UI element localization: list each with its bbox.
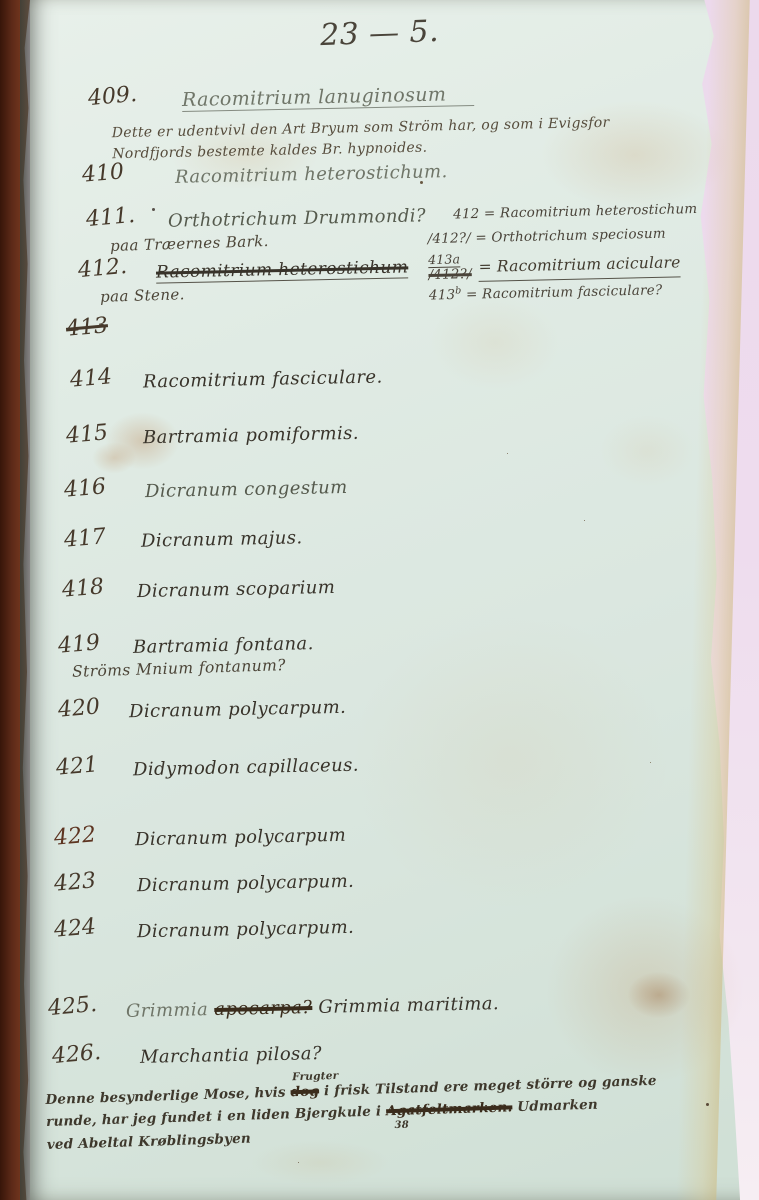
inserted-word: Frugter [292, 1068, 339, 1087]
entry-species: Dicranum scoparium [137, 577, 336, 602]
entry-number: 423 [53, 868, 97, 897]
entry-number: 415 [65, 420, 109, 449]
catalog-entry-423: 423 Dicranum polycarpum. [54, 870, 354, 895]
entry-number: 420 [57, 694, 101, 723]
entry-species: Dicranum polycarpum [135, 825, 346, 850]
note-text: Udmarken [512, 1097, 598, 1116]
entry-species: Dicranum congestum [145, 477, 348, 502]
catalog-entry-425: 425. Grimmia apocarpa? Grimmia maritima. [48, 994, 499, 1019]
entry-species: Racomitrium fasciculare. [143, 366, 383, 392]
number-label: 413 [429, 287, 456, 304]
species-struck-word: apocarpa? [214, 997, 312, 1020]
catalog-entry-421: 421 Didymodon capillaceus. [56, 754, 359, 779]
entry-number: 409. [87, 82, 138, 111]
entry-species: Bartramia pomiformis. [143, 423, 359, 449]
catalog-entry-419: 419 Bartramia fontana. Ströms Mnium font… [58, 632, 314, 677]
corrected-number: 413a /412?/ [428, 252, 472, 284]
entry-number: 410 [81, 159, 125, 188]
margin-note-species: = Racomitrium aciculare [478, 249, 681, 282]
entry-number: 416 [63, 474, 107, 503]
catalog-entry-410: 410 Racomitrium heterostichum. [82, 161, 448, 186]
entry-species-corrected: Grimmia apocarpa? Grimmia maritima. [126, 993, 499, 1022]
catalog-entry-414: 414 Racomitrium fasciculare. [70, 366, 383, 391]
correction-wrap: Agatfeltmarken.38 [386, 1097, 513, 1123]
correction-wrap: Frugterdog [290, 1080, 319, 1103]
entry-number: 421 [55, 752, 99, 781]
catalog-entry-413: 413 [66, 315, 108, 340]
catalog-entry-417: 417 Dicranum majus. [64, 526, 303, 551]
entry-species: Marchantia pilosa? [140, 1043, 322, 1068]
entry-number: 426. [51, 1040, 102, 1069]
entry-number: 422 [53, 822, 97, 851]
old-number-struck: /412?/ [428, 267, 472, 283]
catalog-entry-426: 426. Marchantia pilosa? [52, 1042, 322, 1067]
entry-species: Didymodon capillaceus. [133, 755, 359, 781]
entry-number: 414 [69, 364, 113, 393]
entry-species: Dicranum polycarpum. [129, 697, 347, 723]
struck-word: Agatfeltmarken. [386, 1100, 513, 1120]
entry-number: 412. [77, 254, 128, 283]
entry-species: Racomitrium lanuginosum [182, 83, 475, 112]
catalog-entry-415: 415 Bartramia pomiformis. [66, 422, 359, 447]
entry-number: 424 [53, 914, 97, 943]
entry-synonym: Ströms Mnium fontanum? [72, 655, 314, 681]
catalog-entry-420: 420 Dicranum polycarpum. [58, 696, 346, 721]
catalog-entry-411: 411. Orthotrichum Drummondi? paa Træerne… [86, 205, 426, 250]
entry-species: Bartramia fontana. [133, 633, 314, 658]
species-prefix: Grimmia [126, 999, 215, 1022]
species-correction: Grimmia maritima. [318, 993, 499, 1018]
catalog-entry-418: 418 Dicranum scoparium [62, 576, 335, 601]
catalog-entry-422: 422 Dicranum polycarpum [54, 824, 346, 849]
entry-species: Racomitrium heterostichum. [175, 161, 448, 188]
margin-annotations: 412 = Racomitrium heterostichum /412?/ =… [427, 197, 700, 308]
catalog-entry-416: 416 Dicranum congestum [64, 476, 348, 501]
entry-number: 417 [63, 524, 107, 553]
entry-number: 425. [47, 992, 98, 1021]
entry-number: 411. [85, 203, 136, 232]
inserted-number: 38 [394, 1118, 409, 1135]
entry-number: 418 [61, 574, 105, 603]
catalog-entry-409: 409. Racomitrium lanuginosum [88, 84, 474, 109]
catalog-entry-424: 424 Dicranum polycarpum. [54, 916, 354, 941]
entry-species: Dicranum polycarpum. [137, 917, 355, 943]
entry-number: 419 [57, 630, 101, 659]
entry-number-struck: 413 [65, 313, 109, 342]
margin-note-species: = Racomitrium fasciculare? [461, 283, 662, 304]
manuscript-photo: 23 — 5. 409. Racomitrium lanuginosum Det… [0, 0, 759, 1200]
catalog-entry-412: 412. Racomitrium heterostichum paa Stene… [78, 256, 408, 301]
entry-species: Dicranum polycarpum. [137, 871, 355, 897]
entry-species: Dicranum majus. [141, 527, 303, 551]
